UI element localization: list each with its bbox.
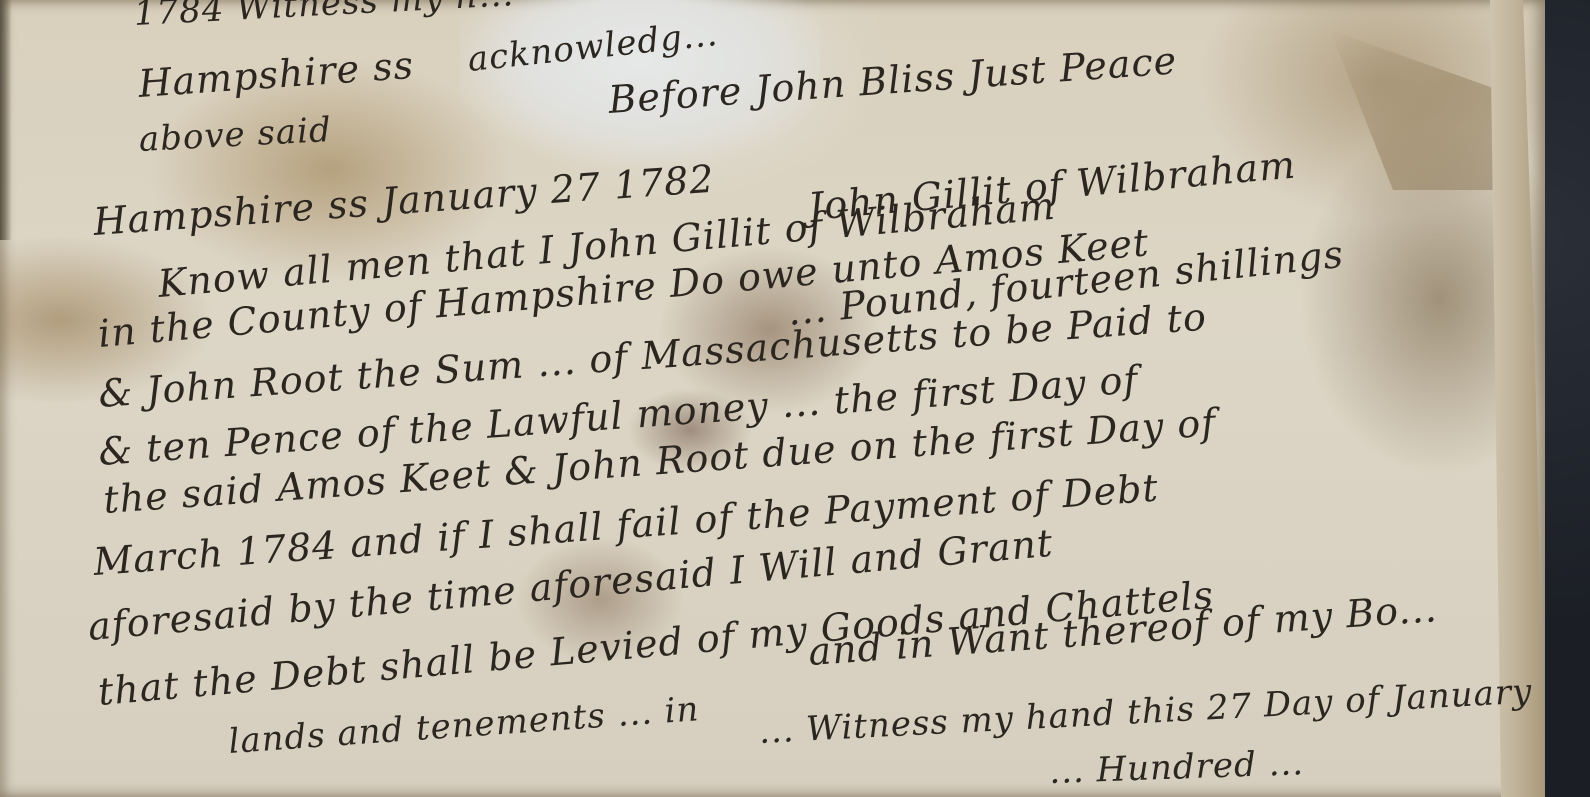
- manuscript-line: ... Hundred ...: [1049, 743, 1305, 792]
- manuscript-line: lands and tenements ... in: [227, 689, 700, 762]
- manuscript-line: ... Witness my hand this 27 Day of Janua…: [758, 672, 1533, 752]
- folded-corner: [1330, 30, 1510, 190]
- binding-edge: [0, 0, 12, 240]
- manuscript-line: 1784 Witness my h...: [133, 0, 515, 34]
- manuscript-line: above said: [138, 110, 333, 160]
- manuscript-page: 1784 Witness my h... Hampshire ss acknow…: [0, 0, 1545, 797]
- manuscript-line: Hampshire ss: [137, 43, 415, 106]
